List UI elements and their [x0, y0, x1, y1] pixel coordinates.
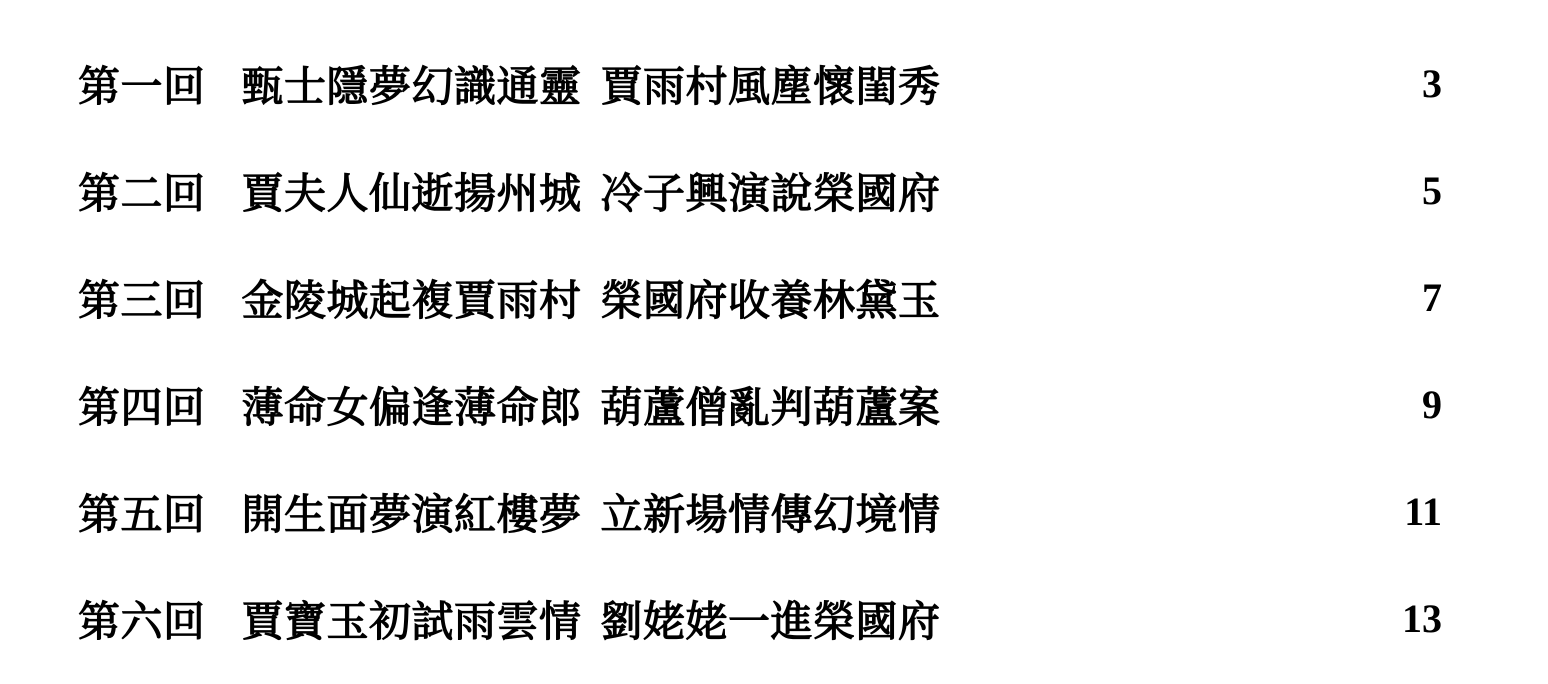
toc-entry-title: 第一回甄士隱夢幻識通靈賈雨村風塵懷閨秀 — [78, 54, 941, 114]
toc-entry-title: 第四回薄命女偏逢薄命郎葫蘆僧亂判葫蘆案 — [78, 375, 941, 435]
chapter-title-second: 冷子興演說榮國府 — [601, 172, 941, 218]
page-number: 11 — [1404, 488, 1442, 535]
chapter-title-first: 賈夫人仙逝揚州城 — [242, 172, 582, 218]
toc-entry: 第三回金陵城起複賈雨村榮國府收養林黛玉 7 — [78, 244, 1442, 351]
toc-entry: 第五回開生面夢演紅樓夢立新場情傳幻境情 11 — [78, 458, 1442, 565]
toc-page: 第一回甄士隱夢幻識通靈賈雨村風塵懷閨秀 3 第二回賈夫人仙逝揚州城冷子興演說榮國… — [0, 0, 1548, 684]
chapter-label: 第二回 — [78, 172, 206, 218]
chapter-label: 第六回 — [78, 600, 206, 646]
chapter-title-second: 劉姥姥一進榮國府 — [601, 600, 941, 646]
toc-entry: 第四回薄命女偏逢薄命郎葫蘆僧亂判葫蘆案 9 — [78, 351, 1442, 458]
page-number: 5 — [1422, 167, 1442, 214]
page-number: 13 — [1402, 595, 1442, 642]
chapter-title-second: 葫蘆僧亂判葫蘆案 — [601, 386, 941, 432]
toc-entry-title: 第五回開生面夢演紅樓夢立新場情傳幻境情 — [78, 482, 941, 542]
chapter-title-second: 立新場情傳幻境情 — [601, 493, 941, 539]
chapter-title-first: 金陵城起複賈雨村 — [242, 279, 582, 325]
toc-entry: 第六回賈寶玉初試雨雲情劉姥姥一進榮國府 13 — [78, 565, 1442, 672]
toc-entry: 第一回甄士隱夢幻識通靈賈雨村風塵懷閨秀 3 — [78, 30, 1442, 137]
chapter-title-second: 賈雨村風塵懷閨秀 — [601, 65, 941, 111]
chapter-title-first: 賈寶玉初試雨雲情 — [242, 600, 582, 646]
chapter-label: 第一回 — [78, 65, 206, 111]
toc-entry-title: 第六回賈寶玉初試雨雲情劉姥姥一進榮國府 — [78, 589, 941, 649]
toc-entry-title: 第三回金陵城起複賈雨村榮國府收養林黛玉 — [78, 268, 941, 328]
chapter-title-first: 薄命女偏逢薄命郎 — [242, 386, 582, 432]
chapter-label: 第四回 — [78, 386, 206, 432]
page-number: 3 — [1422, 60, 1442, 107]
page-number: 7 — [1422, 274, 1442, 321]
page-number: 9 — [1422, 381, 1442, 428]
chapter-title-first: 開生面夢演紅樓夢 — [242, 493, 582, 539]
chapter-title-second: 榮國府收養林黛玉 — [601, 279, 941, 325]
chapter-title-first: 甄士隱夢幻識通靈 — [242, 65, 582, 111]
toc-entry: 第二回賈夫人仙逝揚州城冷子興演說榮國府 5 — [78, 137, 1442, 244]
chapter-label: 第五回 — [78, 493, 206, 539]
chapter-label: 第三回 — [78, 279, 206, 325]
toc-entry-title: 第二回賈夫人仙逝揚州城冷子興演說榮國府 — [78, 161, 941, 221]
